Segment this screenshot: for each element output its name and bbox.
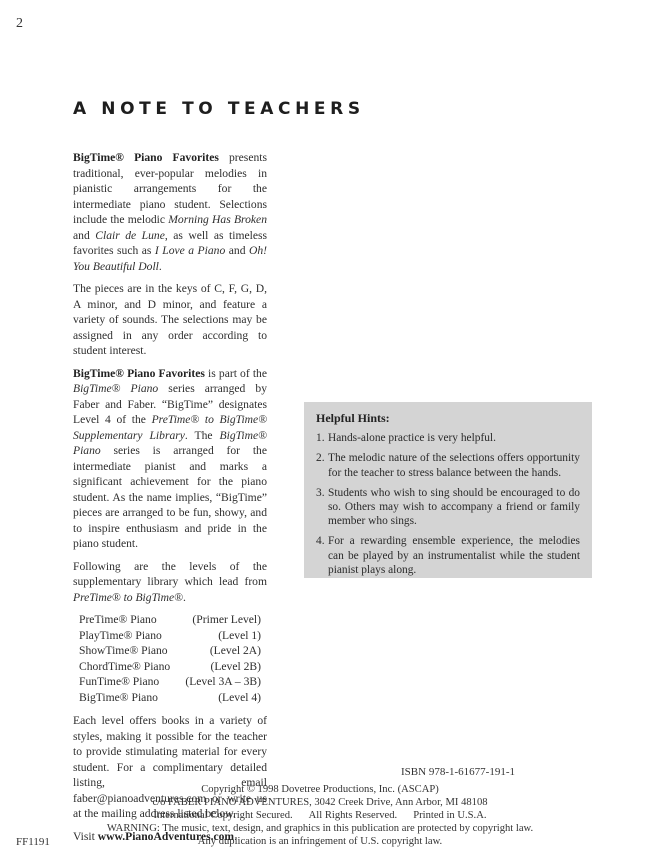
teacher-note-column: BigTime® Piano Favorites presents tradit…	[73, 150, 267, 851]
song-title: Clair de Lune	[95, 229, 165, 242]
rights-line: International Copyright Secured.All Righ…	[90, 809, 550, 822]
book-title: BigTime® Piano Favorites	[73, 151, 219, 164]
level-row: BigTime® Piano(Level 4)	[79, 690, 261, 706]
book-title: BigTime® Piano Favorites	[73, 367, 205, 380]
intro-paragraph-2: The pieces are in the keys of C, F, G, D…	[73, 281, 267, 359]
level-row: FunTime® Piano(Level 3A – 3B)	[79, 674, 261, 690]
level-row: ChordTime® Piano(Level 2B)	[79, 659, 261, 675]
song-title: I Love a Piano	[155, 244, 225, 257]
series-name: PreTime® to BigTime®	[73, 591, 183, 604]
level-row: PlayTime® Piano(Level 1)	[79, 628, 261, 644]
hint-item: 4.For a rewarding ensemble experience, t…	[316, 534, 580, 577]
page-number: 2	[16, 16, 23, 32]
copyright-line: Copyright © 1998 Dovetree Productions, I…	[90, 783, 550, 796]
hint-item: 3.Students who wish to sing should be en…	[316, 486, 580, 529]
hint-item: 2.The melodic nature of the selections o…	[316, 451, 580, 479]
hints-title: Helpful Hints:	[316, 411, 580, 425]
helpful-hints-box: Helpful Hints: 1.Hands-alone practice is…	[304, 402, 592, 578]
level-row: PreTime® Piano(Primer Level)	[79, 612, 261, 628]
levels-list: PreTime® Piano(Primer Level) PlayTime® P…	[79, 612, 261, 705]
song-title: Morning Has Broken	[168, 213, 267, 226]
series-name: BigTime® Piano	[73, 382, 158, 395]
page-title: A NOTE TO TEACHERS	[73, 99, 365, 119]
isbn: ISBN 978-1-61677-191-1	[200, 766, 646, 778]
hint-item: 1.Hands-alone practice is very helpful.	[316, 431, 580, 445]
copyright-block: Copyright © 1998 Dovetree Productions, I…	[90, 783, 550, 848]
intro-paragraph-3: BigTime® Piano Favorites is part of the …	[73, 366, 267, 552]
infringement-line: Any duplication is an infringement of U.…	[90, 835, 550, 848]
intro-paragraph-4: Following are the levels of the suppleme…	[73, 559, 267, 606]
intro-paragraph-1: BigTime® Piano Favorites presents tradit…	[73, 150, 267, 274]
address-line: c/o FABER PIANO ADVENTURES, 3042 Creek D…	[90, 796, 550, 809]
catalog-code: FF1191	[16, 836, 50, 848]
warning-line: WARNING: The music, text, design, and gr…	[90, 822, 550, 835]
level-row: ShowTime® Piano(Level 2A)	[79, 643, 261, 659]
